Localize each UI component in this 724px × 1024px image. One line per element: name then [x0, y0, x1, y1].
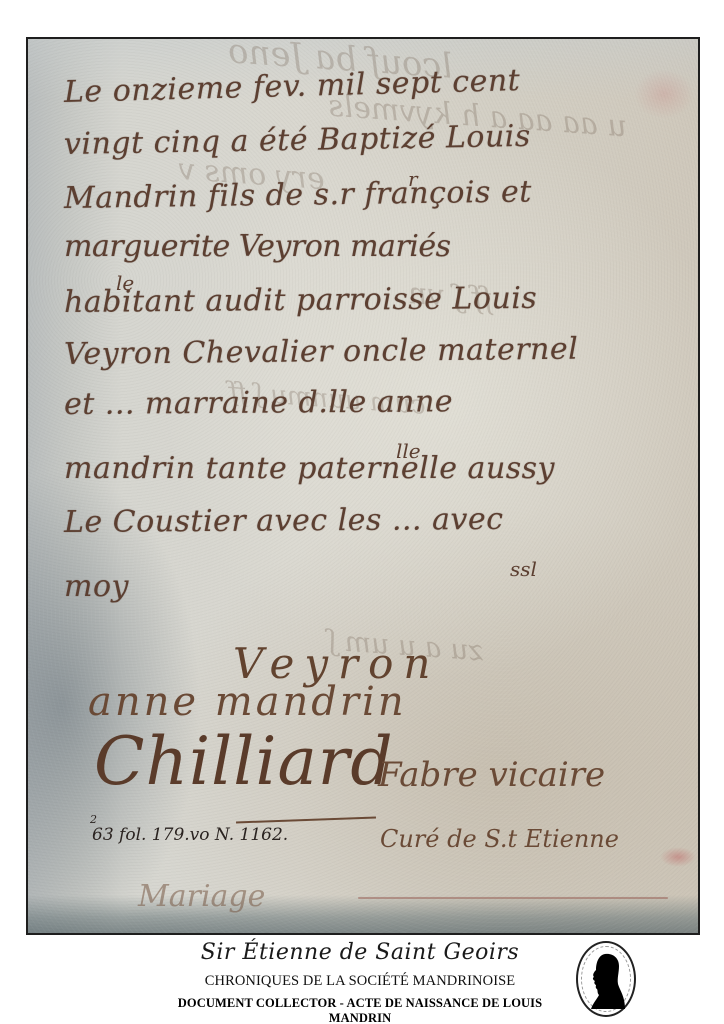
signature-fabre-vicaire: Fabre vicaire	[378, 755, 605, 795]
signature-anne-mandrin: anne mandrin	[88, 679, 407, 725]
caption-document-title: DOCUMENT COLLECTOR - ACTE DE NAISSANCE D…	[150, 996, 570, 1024]
author-script-title: Sir Étienne de Saint Geoirs	[150, 940, 570, 965]
manuscript-photo: lcouf ba Jeno u aa aa a h kyvmels ery om…	[26, 37, 700, 935]
transcription-line: et ... marraine d.lle anne	[64, 384, 453, 422]
photo-bottom-band	[28, 895, 698, 933]
archival-reference-superscript: 2	[90, 813, 97, 826]
transcription-line: Le Coustier avec les ... avec	[64, 502, 504, 540]
transcription-line: vingt cinq a été Baptizé Louis	[64, 119, 531, 162]
ink-stroke	[358, 897, 668, 899]
caption-subtitle: CHRONIQUES DE LA SOCIÉTÉ MANDRINOISE	[150, 973, 570, 990]
transcription-line: mandrin tante paternelle aussy	[64, 451, 555, 486]
photo-left-shadow	[28, 419, 258, 935]
next-entry-fragment: Mariage	[138, 879, 265, 914]
superscript: ssl	[510, 557, 537, 581]
signature-cure: Curé de S.t Etienne	[380, 825, 619, 853]
signature-flourish	[236, 817, 376, 824]
transcription-line: Veyron Chevalier oncle maternel	[64, 332, 579, 372]
archival-reference-text: 63 fol. 179.vo N. 1162.	[92, 825, 288, 845]
transcription-line: marguerite Veyron mariés	[64, 229, 451, 264]
archival-reference: 2 63 fol. 179.vo N. 1162.	[92, 825, 288, 845]
signature-chilliard: Chilliard	[94, 723, 394, 800]
silhouette-cameo	[576, 941, 636, 1017]
silhouette-portrait-icon	[587, 951, 627, 1009]
transcription-line: habitant audit parroisse Louis	[64, 281, 538, 320]
red-ink-mark	[634, 69, 694, 119]
transcription-line: Mandrin fils de s.r françois et	[64, 174, 532, 216]
transcription-line: moy	[64, 569, 129, 604]
red-ink-mark	[660, 847, 696, 867]
